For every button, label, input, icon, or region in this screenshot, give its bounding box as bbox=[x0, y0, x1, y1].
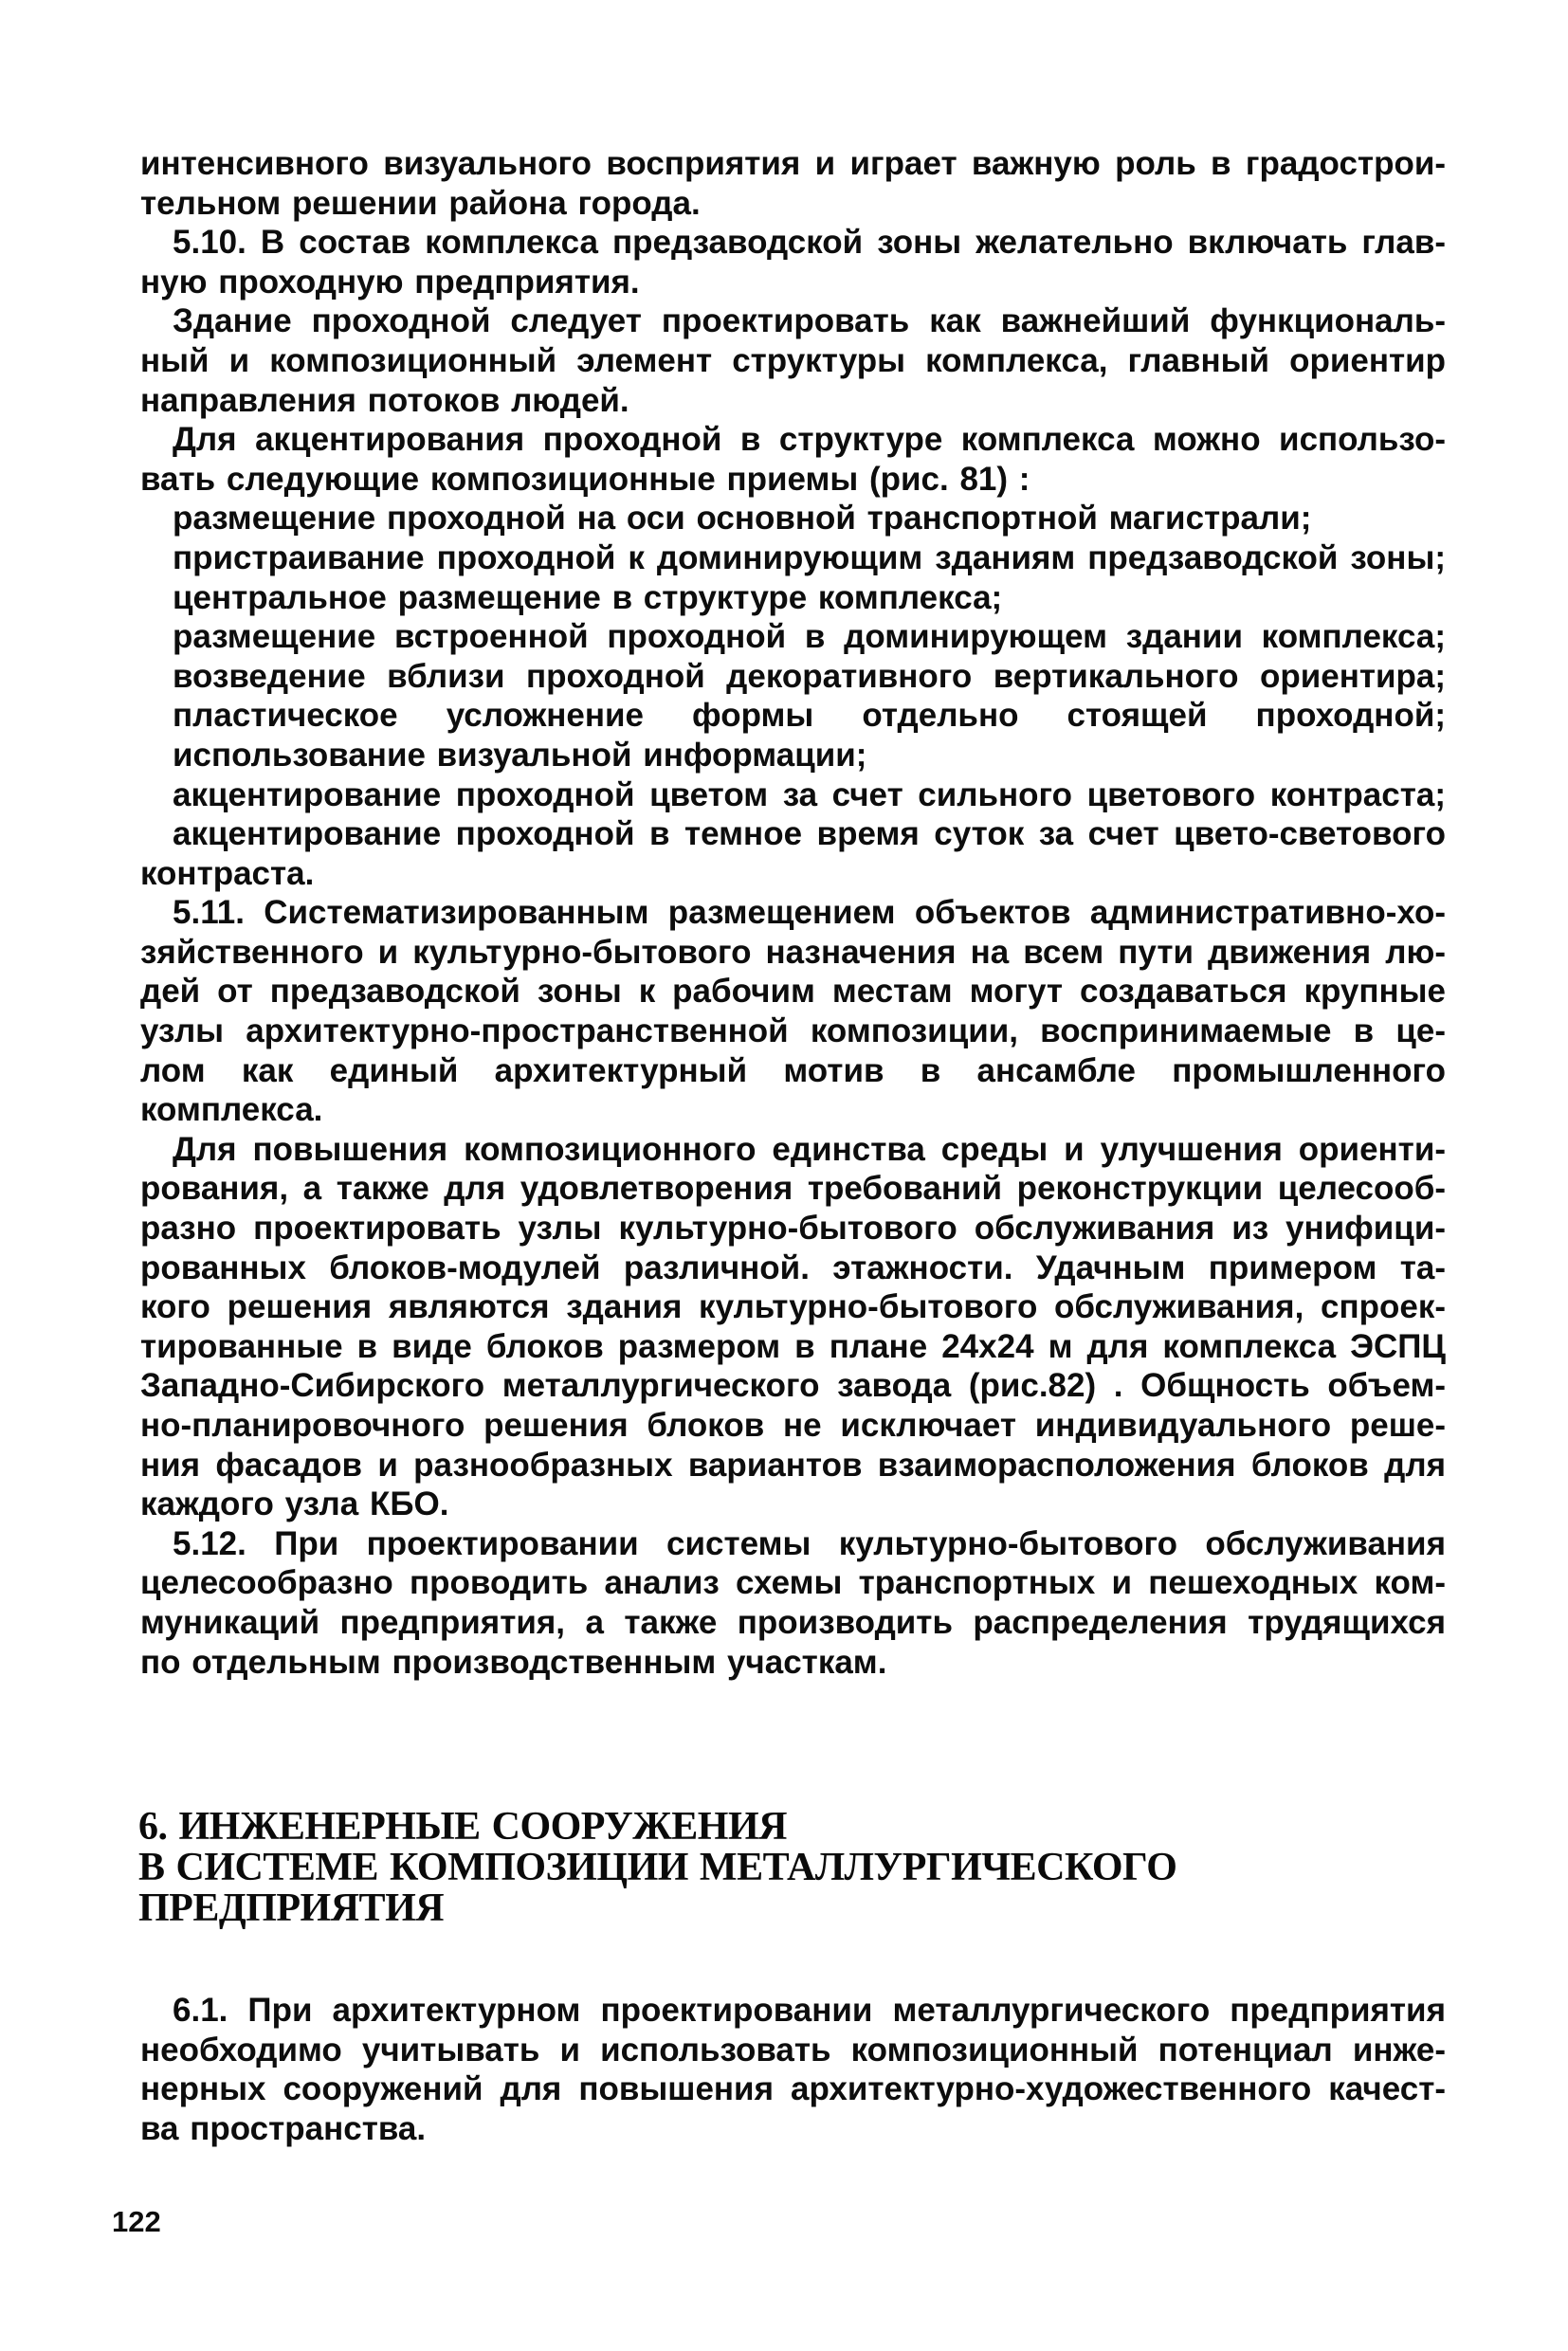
body-text-block: интенсивного визуального восприятия и иг… bbox=[140, 144, 1446, 1682]
body-text-line: тированные в виде блоков размером в план… bbox=[140, 1327, 1446, 1367]
body-text-line: целесообразно проводить анализ схемы тра… bbox=[140, 1563, 1446, 1603]
body-text-line: дей от предзаводской зоны к рабочим мест… bbox=[140, 972, 1446, 1011]
body-text-line: по отдельным производственным участкам. bbox=[140, 1643, 1446, 1683]
body-text-line: Для повышения композиционного единства с… bbox=[140, 1130, 1446, 1170]
body-text-line: тельном решении района города. bbox=[140, 184, 1446, 224]
body-text-line: 5.12. При проектировании системы культур… bbox=[140, 1524, 1446, 1564]
body-text-line: каждого узла КБО. bbox=[140, 1485, 1446, 1524]
body-text-line: контраста. bbox=[140, 854, 1446, 894]
body-text-line: акцентирование проходной в темное время … bbox=[140, 814, 1446, 854]
body-text-line: кого решения являются здания культурно-б… bbox=[140, 1287, 1446, 1327]
body-text-line: рованных блоков-модулей различной. этажн… bbox=[140, 1248, 1446, 1288]
body-text-line: но-планировочного решения блоков не искл… bbox=[140, 1406, 1446, 1446]
body-text-line: размещение встроенной проходной в домини… bbox=[140, 617, 1446, 657]
body-text-line: интенсивного визуального восприятия и иг… bbox=[140, 144, 1446, 184]
body-text-line: пластическое усложнение формы отдельно с… bbox=[140, 696, 1446, 736]
body-text-line: вать следующие композиционные приемы (ри… bbox=[140, 460, 1446, 500]
body-text-line: разно проектировать узлы культурно-бытов… bbox=[140, 1209, 1446, 1248]
body-text-line: рования, а также для удовлетворения треб… bbox=[140, 1169, 1446, 1209]
body-text-line: Здание проходной следует проектировать к… bbox=[140, 301, 1446, 341]
section-6-paragraph-block: 6.1. При архитектурном проектировании ме… bbox=[140, 1991, 1446, 2148]
section-heading-line: 6. ИНЖЕНЕРНЫЕ СООРУЖЕНИЯ bbox=[138, 1807, 1276, 1848]
body-text-line: пристраивание проходной к доминирующим з… bbox=[140, 538, 1446, 578]
scanned-book-page: интенсивного визуального восприятия и иг… bbox=[0, 0, 1568, 2351]
body-text-line: ва пространства. bbox=[140, 2109, 1446, 2149]
body-text-line: ния фасадов и разнообразных вариантов вз… bbox=[140, 1446, 1446, 1485]
body-text-line: возведение вблизи проходной декоративног… bbox=[140, 657, 1446, 697]
body-text-line: зяйственного и культурно-бытового назнач… bbox=[140, 933, 1446, 973]
section-heading-line: ПРЕДПРИЯТИЯ bbox=[138, 1888, 1276, 1929]
body-text-line: ную проходную предприятия. bbox=[140, 263, 1446, 302]
body-text-line: 6.1. При архитектурном проектировании ме… bbox=[140, 1991, 1446, 2031]
section-heading: 6. ИНЖЕНЕРНЫЕ СООРУЖЕНИЯВ СИСТЕМЕ КОМПОЗ… bbox=[138, 1807, 1276, 1929]
body-text-line: Западно-Сибирского металлургического зав… bbox=[140, 1366, 1446, 1406]
body-text-line: нерных сооружений для повышения архитект… bbox=[140, 2069, 1446, 2109]
body-text-line: акцентирование проходной цветом за счет … bbox=[140, 775, 1446, 815]
body-text-line: комплекса. bbox=[140, 1090, 1446, 1130]
body-text-line: необходимо учитывать и использовать комп… bbox=[140, 2031, 1446, 2070]
body-text-line: Для акцентирования проходной в структуре… bbox=[140, 420, 1446, 460]
body-text-line: ный и композиционный элемент структуры к… bbox=[140, 341, 1446, 381]
body-text-line: 5.10. В состав комплекса предзаводской з… bbox=[140, 223, 1446, 263]
section-heading-line: В СИСТЕМЕ КОМПОЗИЦИИ МЕТАЛЛУРГИЧЕСКОГО bbox=[138, 1848, 1276, 1888]
body-text-line: лом как единый архитектурный мотив в анс… bbox=[140, 1051, 1446, 1091]
body-text-line: узлы архитектурно-пространственной компо… bbox=[140, 1011, 1446, 1051]
body-text-line: размещение проходной на оси основной тра… bbox=[140, 499, 1446, 538]
body-text-line: муникаций предприятия, а также производи… bbox=[140, 1603, 1446, 1643]
page-number: 122 bbox=[112, 2205, 161, 2239]
body-text-line: использование визуальной информации; bbox=[140, 736, 1446, 775]
body-text-line: 5.11. Систематизированным размещением об… bbox=[140, 893, 1446, 933]
body-text-line: центральное размещение в структуре компл… bbox=[140, 578, 1446, 618]
body-text-line: направления потоков людей. bbox=[140, 381, 1446, 421]
